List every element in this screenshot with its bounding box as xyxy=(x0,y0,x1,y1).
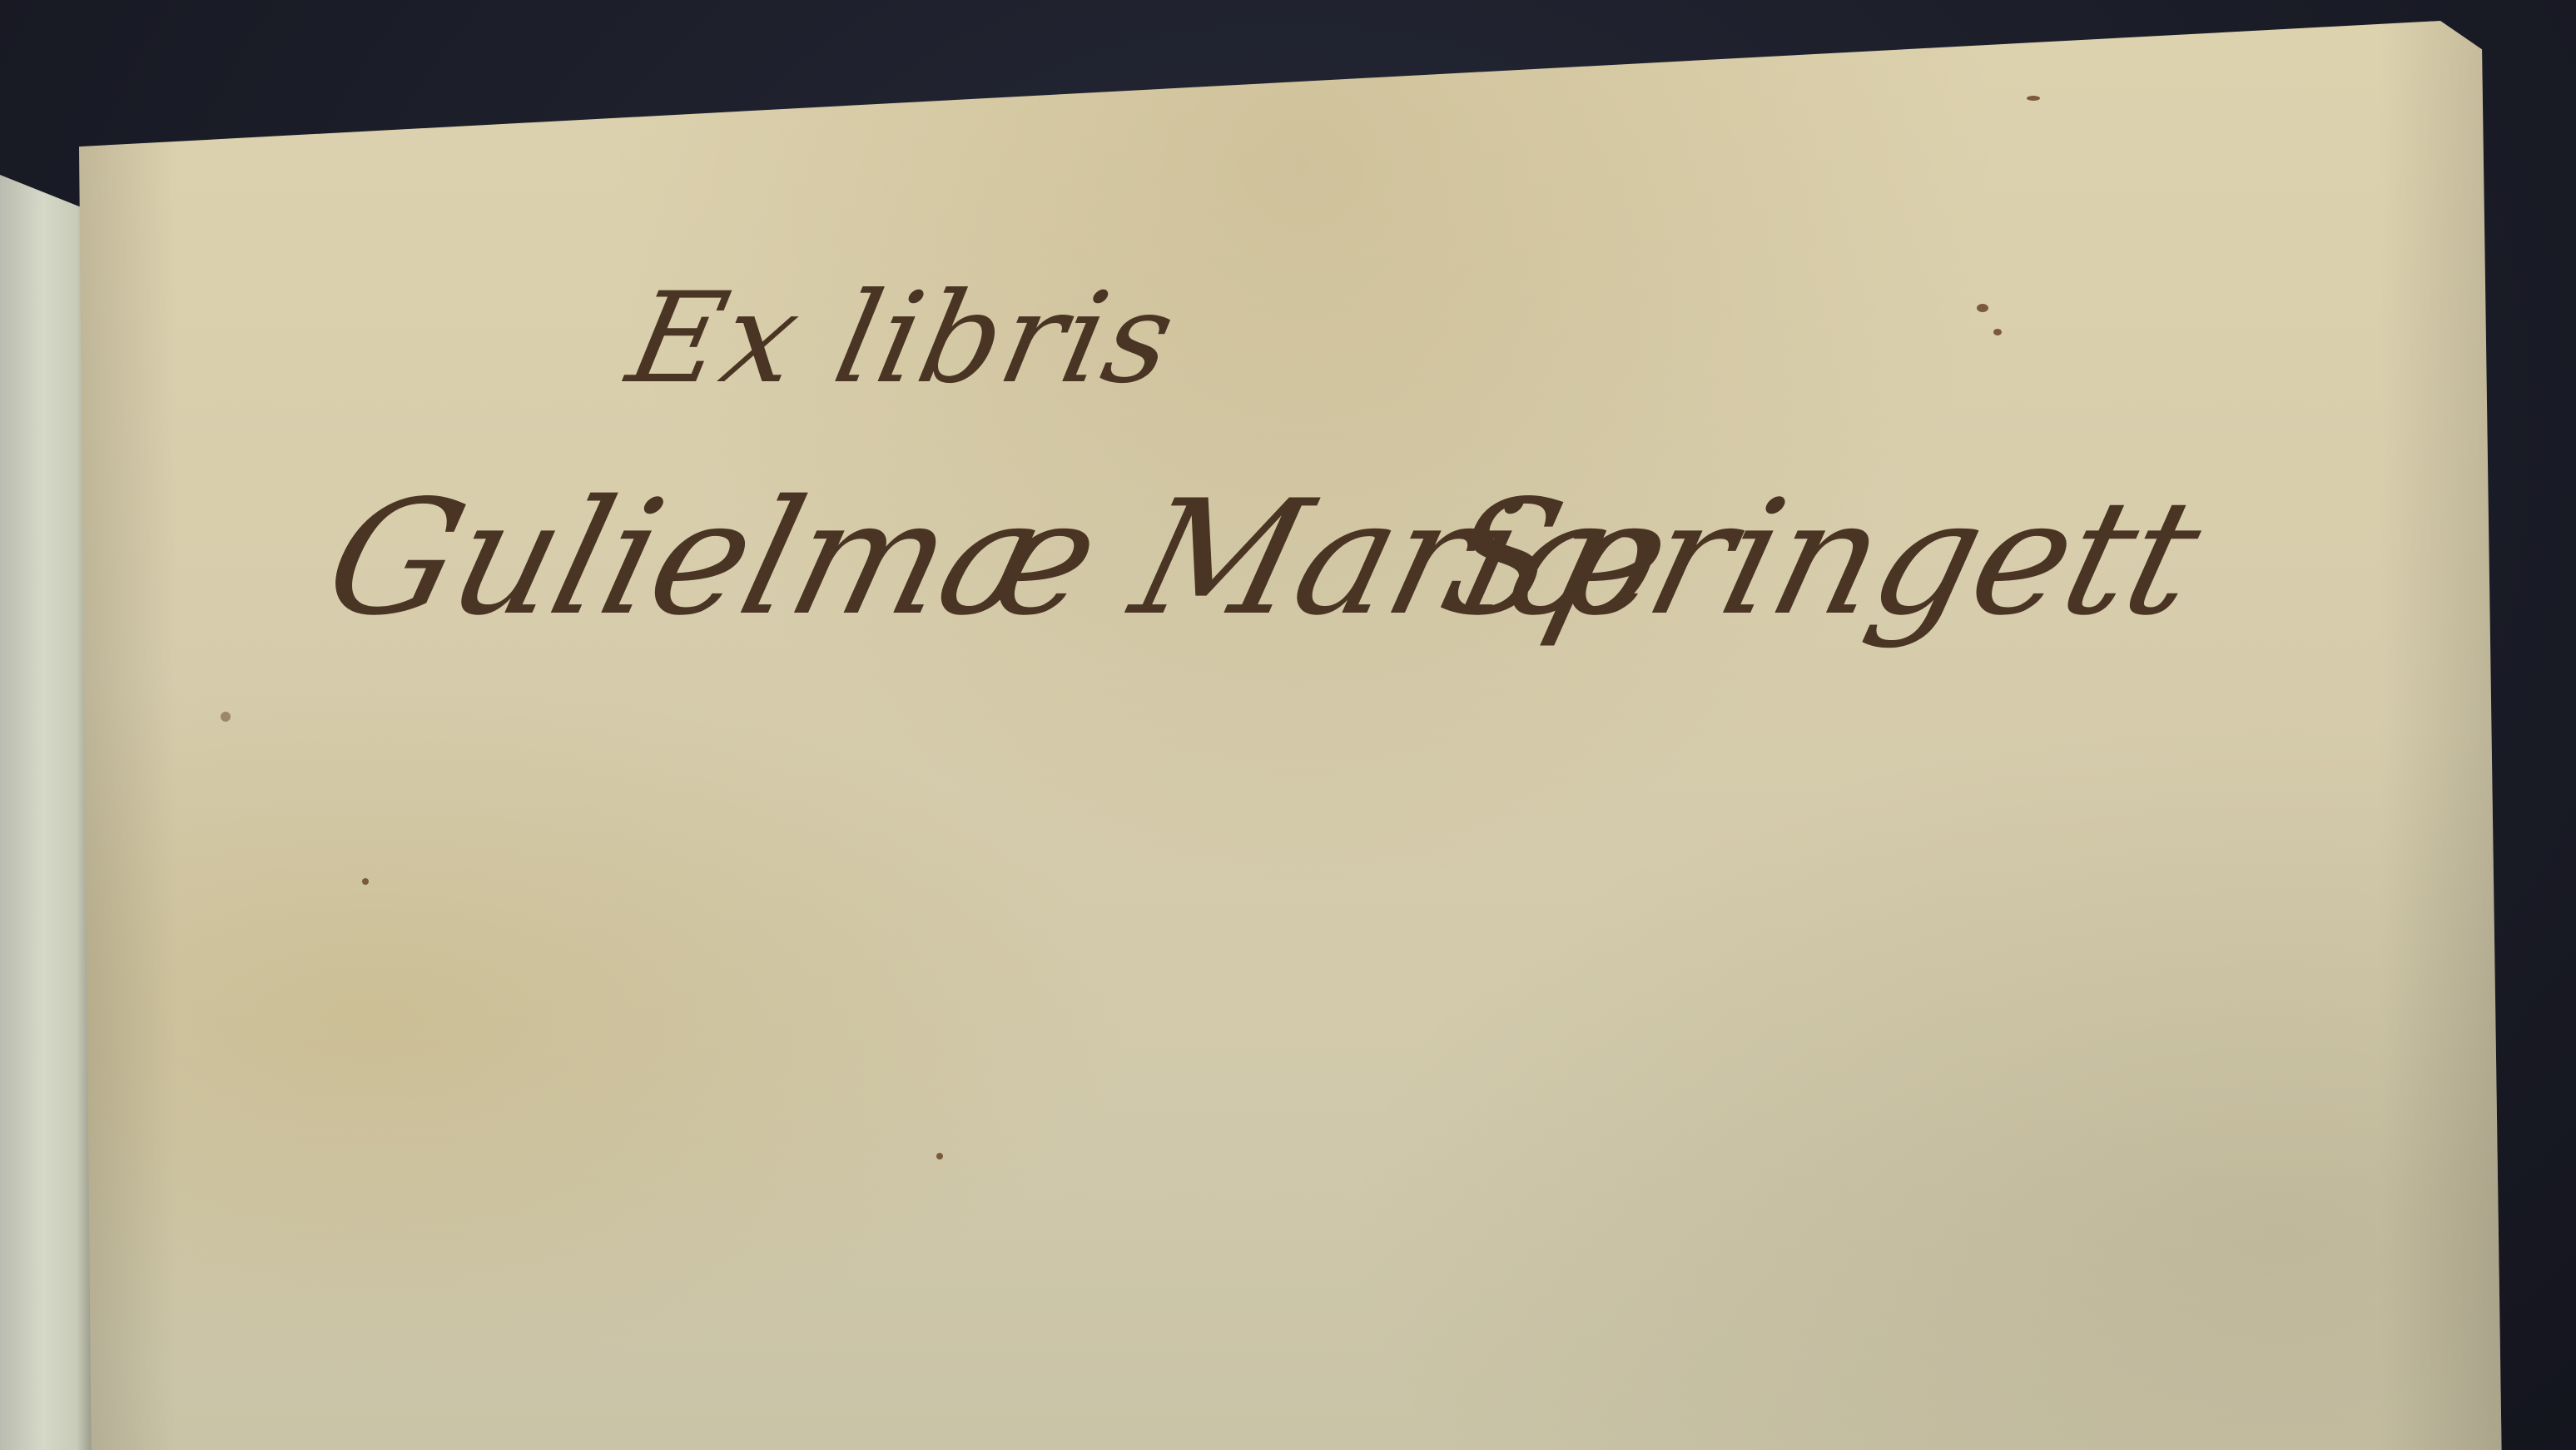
inscription-ex-libris: Ex libris xyxy=(618,266,1188,411)
foxing-spot xyxy=(362,878,369,885)
foxing-spot xyxy=(936,1153,943,1160)
photo-scene: Ex libris Gulielmæ Mariæ Springett xyxy=(0,0,2576,1450)
foxing-spot xyxy=(1993,329,2002,335)
foxing-spot xyxy=(2027,96,2040,101)
foxing-spot xyxy=(1977,304,1988,312)
book-flyleaf xyxy=(79,21,2526,1450)
inscription-surname: Springett xyxy=(1425,466,2216,650)
foxing-spot xyxy=(221,712,231,722)
